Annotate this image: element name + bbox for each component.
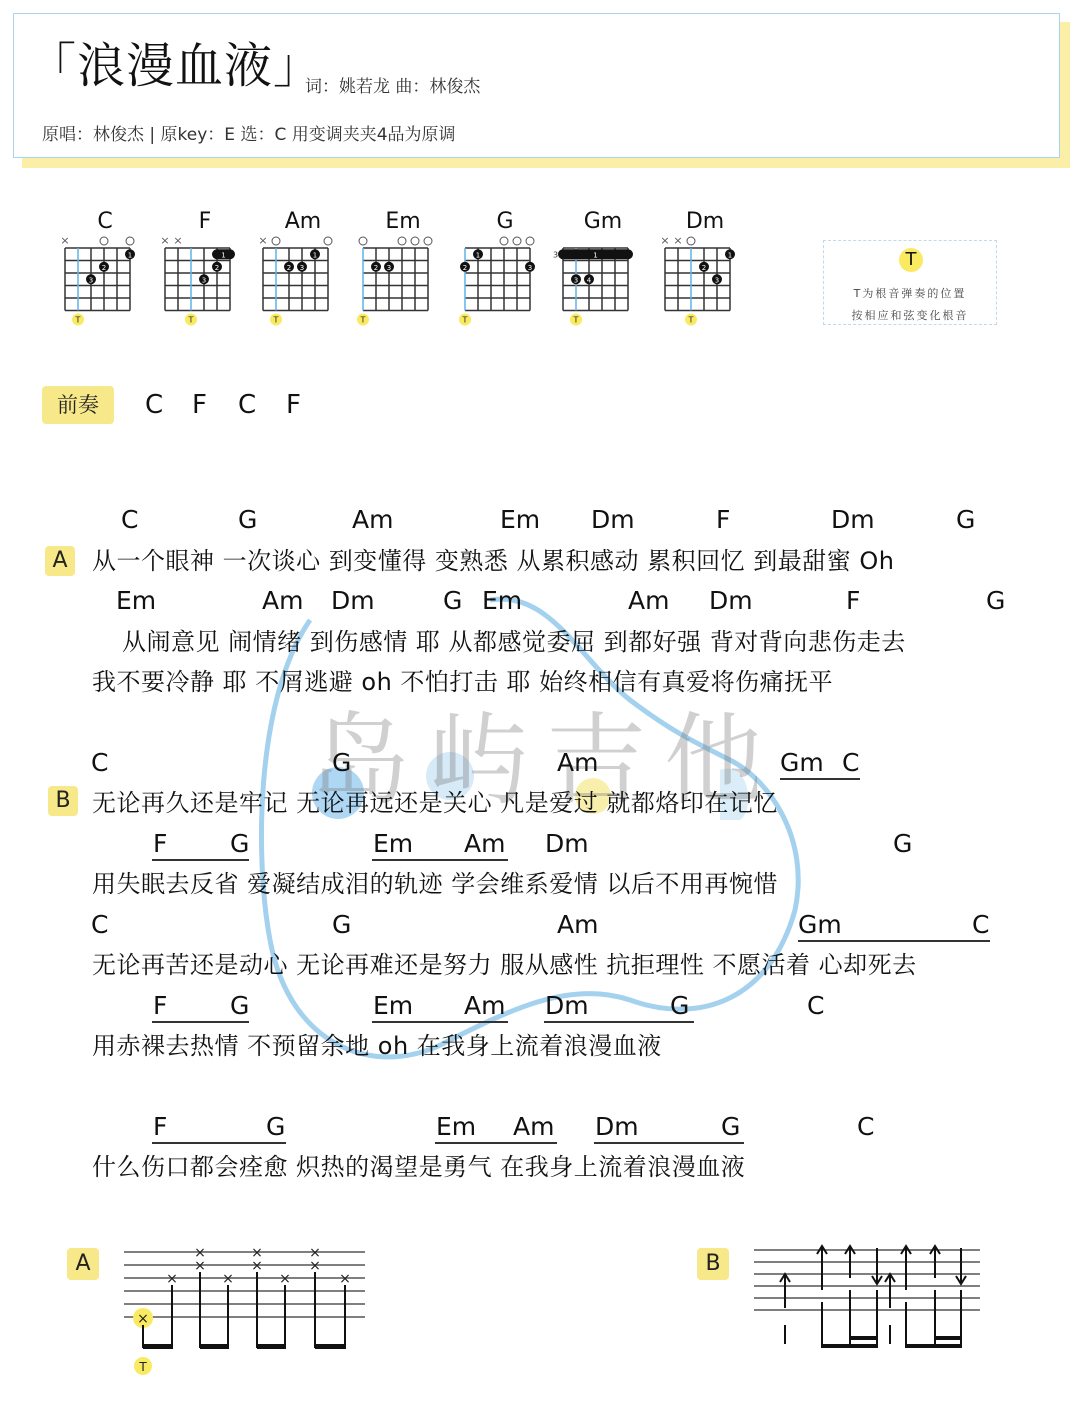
- chord-label: C: [91, 910, 108, 940]
- svg-text:×: ×: [173, 234, 182, 247]
- chord-diagram-c: C×123T: [50, 208, 160, 338]
- chord-label: G: [956, 505, 975, 535]
- chord-label: Em: [482, 586, 522, 616]
- svg-text:1: 1: [593, 251, 597, 259]
- svg-text:4: 4: [587, 276, 592, 284]
- svg-text:T: T: [188, 316, 194, 325]
- lyric-line: 什么伤口都会痊愈 炽热的渴望是勇气 在我身上流着浪漫血液: [92, 1152, 745, 1182]
- svg-text:3: 3: [528, 264, 532, 272]
- svg-text:1: 1: [313, 251, 317, 259]
- chord-label: C: [807, 991, 824, 1021]
- chord-underline: [780, 778, 860, 780]
- section-a-tag: A: [45, 546, 75, 576]
- svg-text:×: ×: [673, 234, 682, 247]
- song-credits: 词：姚若龙 曲：林俊杰: [305, 72, 480, 97]
- svg-text:×: ×: [166, 1271, 178, 1287]
- chord-underline: [435, 1142, 557, 1144]
- chord-label: G: [332, 748, 351, 778]
- chord-label: Em: [373, 991, 413, 1021]
- chord-diagram-gm: Gm3134T: [548, 208, 658, 338]
- chord-label: Am: [464, 991, 505, 1021]
- chord-label: F: [153, 829, 167, 859]
- svg-text:1: 1: [728, 251, 732, 259]
- chord-underline: [544, 1021, 694, 1023]
- chord-label: G: [721, 1112, 740, 1142]
- chord-underline: [594, 1142, 744, 1144]
- chord-underline: [152, 1142, 286, 1144]
- chord-label: G: [230, 991, 249, 1021]
- svg-text:2: 2: [374, 264, 378, 272]
- lyric-line: 我不要冷静 耶 不屑逃避 oh 不怕打击 耶 始终相信有真爱将伤痛抚平: [92, 667, 833, 697]
- svg-text:3: 3: [387, 264, 391, 272]
- legend-line-1: T为根音弹奏的位置: [824, 285, 996, 301]
- svg-text:×: ×: [258, 234, 267, 247]
- svg-text:2: 2: [463, 264, 467, 272]
- root-marker-icon: T: [899, 248, 923, 272]
- svg-text:3: 3: [574, 276, 578, 284]
- chord-label: C: [91, 748, 108, 778]
- rhythm-pattern-a: × × ×× × ×× × ×× × T: [120, 1240, 370, 1380]
- svg-text:3: 3: [202, 276, 206, 284]
- chord-label: Am: [557, 748, 598, 778]
- chord-label: G: [238, 505, 257, 535]
- svg-text:×: ×: [160, 234, 169, 247]
- svg-text:×: ×: [339, 1271, 351, 1287]
- svg-text:×: ×: [279, 1271, 291, 1287]
- chord-label: Dm: [831, 505, 875, 535]
- svg-text:2: 2: [702, 264, 706, 272]
- chord-label: Em: [436, 1112, 476, 1142]
- chord-label: Dm: [331, 586, 375, 616]
- chord-label: Em: [116, 586, 156, 616]
- svg-text:T: T: [462, 316, 468, 325]
- chord-label: Dm: [595, 1112, 639, 1142]
- chord-diagram-dm: Dm××123T: [650, 208, 760, 338]
- chord-label: Gm: [780, 748, 824, 778]
- root-marker-icon: T: [138, 1360, 147, 1374]
- svg-text:T: T: [573, 316, 579, 325]
- intro-tag: 前奏: [42, 386, 114, 424]
- section-b-tag: B: [48, 786, 78, 816]
- svg-text:3: 3: [89, 276, 93, 284]
- intro-chord: F: [192, 388, 207, 422]
- svg-text:1: 1: [476, 251, 480, 259]
- chord-label: F: [153, 1112, 167, 1142]
- lyric-line: 无论再久还是牢记 无论再远还是关心 凡是爱过 就都烙印在记忆: [92, 788, 778, 818]
- svg-text:2: 2: [215, 264, 219, 272]
- chord-label: Em: [373, 829, 413, 859]
- lyric-line: 用赤裸去热情 不预留余地 oh 在我身上流着浪漫血液: [92, 1031, 662, 1061]
- chord-label: C: [972, 910, 989, 940]
- chord-label: Am: [513, 1112, 554, 1142]
- lyric-line: 无论再苦还是动心 无论再难还是努力 服从感性 抗拒理性 不愿活着 心却死去: [92, 950, 917, 980]
- rhythm-pattern-b: [750, 1240, 990, 1360]
- lyric-line: 从闹意见 闹情绪 到伤感情 耶 从都感觉委屈 到都好强 背对背向悲伤走去: [122, 627, 906, 657]
- chord-underline: [152, 859, 249, 861]
- lyric-line: 从一个眼神 一次谈心 到变懂得 变熟悉 从累积感动 累积回忆 到最甜蜜 Oh: [92, 546, 895, 576]
- song-meta: 原唱：林俊杰 | 原key：E 选：C 用变调夹夹4品为原调: [42, 120, 456, 145]
- chord-label: G: [443, 586, 462, 616]
- svg-text:×: ×: [222, 1271, 234, 1287]
- svg-text:3: 3: [715, 276, 719, 284]
- chord-underline: [152, 1021, 249, 1023]
- chord-label: Dm: [545, 991, 589, 1021]
- chord-label: F: [716, 505, 730, 535]
- chord-label: C: [121, 505, 138, 535]
- svg-text:×: ×: [137, 1311, 149, 1327]
- svg-text:1: 1: [128, 251, 132, 259]
- svg-text:×: ×: [194, 1258, 206, 1274]
- chord-label: G: [893, 829, 912, 859]
- svg-text:2: 2: [287, 264, 291, 272]
- chord-diagram-am: Am×123T: [248, 208, 358, 338]
- chord-label: G: [332, 910, 351, 940]
- chord-label: C: [842, 748, 859, 778]
- svg-text:T: T: [273, 316, 279, 325]
- intro-chord: C: [145, 388, 163, 422]
- svg-text:×: ×: [60, 234, 69, 247]
- chord-label: G: [670, 991, 689, 1021]
- chord-label: Am: [262, 586, 303, 616]
- chord-label: F: [153, 991, 167, 1021]
- svg-text:T: T: [688, 316, 694, 325]
- svg-text:T: T: [360, 316, 366, 325]
- lyric-line: 用失眠去反省 爱凝结成泪的轨迹 学会维系爱情 以后不用再惋惜: [92, 869, 778, 899]
- intro-chord: F: [286, 388, 301, 422]
- intro-chord: C: [238, 388, 256, 422]
- chord-diagram-em: Em23T: [348, 208, 458, 338]
- rhythm-a-tag: A: [67, 1248, 99, 1280]
- svg-text:2: 2: [102, 264, 106, 272]
- legend-line-2: 按相应和弦变化根音: [824, 307, 996, 323]
- chord-label: G: [266, 1112, 285, 1142]
- chord-label: Am: [464, 829, 505, 859]
- chord-underline: [798, 940, 990, 942]
- chord-label: F: [846, 586, 860, 616]
- chord-label: Am: [628, 586, 669, 616]
- chord-diagram-f: F××123T: [150, 208, 260, 338]
- chord-diagram-g: G123T: [450, 208, 560, 338]
- chord-underline: [372, 859, 508, 861]
- svg-text:1: 1: [221, 251, 225, 259]
- chord-label: G: [986, 586, 1005, 616]
- rhythm-b-tag: B: [697, 1248, 729, 1280]
- chord-label: C: [857, 1112, 874, 1142]
- chord-label: Dm: [545, 829, 589, 859]
- chord-label: Am: [557, 910, 598, 940]
- chord-label: Dm: [709, 586, 753, 616]
- song-title: 「浪漫血液」: [28, 36, 322, 96]
- chord-label: Gm: [798, 910, 842, 940]
- chord-label: Dm: [591, 505, 635, 535]
- svg-text:3: 3: [553, 250, 558, 259]
- svg-text:T: T: [75, 316, 81, 325]
- chord-label: Em: [500, 505, 540, 535]
- chord-label: Am: [352, 505, 393, 535]
- chord-label: G: [230, 829, 249, 859]
- svg-text:×: ×: [660, 234, 669, 247]
- svg-text:3: 3: [300, 264, 304, 272]
- root-legend: T T为根音弹奏的位置 按相应和弦变化根音: [823, 240, 997, 325]
- svg-text:×: ×: [251, 1258, 263, 1274]
- svg-text:×: ×: [309, 1258, 321, 1274]
- chord-underline: [372, 1021, 508, 1023]
